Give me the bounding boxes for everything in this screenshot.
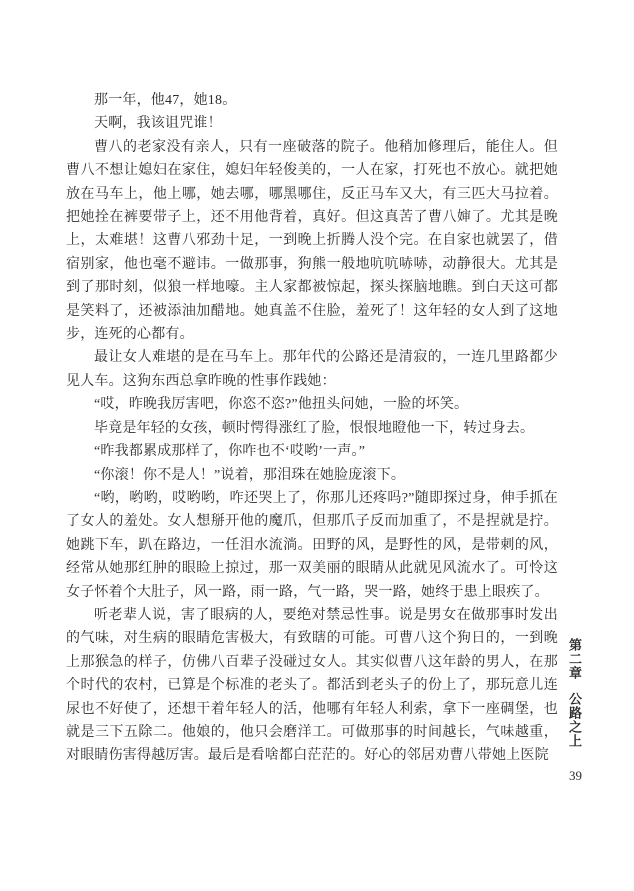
paragraph: “昨我都累成那样了，你咋也不‘哎哟’一声。” [66,440,558,463]
paragraph: 天啊，我该诅咒谁！ [66,112,558,135]
book-page: 那一年，他47，她18。 天啊，我该诅咒谁！ 曹八的老家没有亲人，只有一座破落的… [0,0,634,891]
paragraph: “哎，昨晚我厉害吧，你恣不恣?”他扭头问她，一脸的坏笑。 [66,393,558,416]
paragraph: “你滚！你不是人！”说着，那泪珠在她脸庞滚下。 [66,464,558,487]
paragraph: 曹八的老家没有亲人，只有一座破落的院子。他稍加修理后，能住人。但曹八不想让媳妇在… [66,136,558,347]
page-number: 39 [569,768,582,784]
paragraph: “哟，哟哟，哎哟哟，咋还哭上了，你那儿还疼吗?”随即探过身，伸手抓在了女人的羞处… [66,487,558,604]
chapter-number: 第二章 [567,638,582,680]
paragraph: 那一年，他47，她18。 [66,89,558,112]
paragraph: 听老辈人说，害了眼病的人，要绝对禁忌性事。说是男女在做那事时发出的气味，对生病的… [66,604,558,768]
chapter-marker: 第二章公路之上 [568,638,581,858]
paragraph: 最让女人难堪的是在马车上。那年代的公路还是清寂的，一连几里路都少见人车。这狗东西… [66,346,558,393]
paragraph: 毕竟是年轻的女孩，顿时愕得涨红了脸，恨恨地瞪他一下，转过身去。 [66,417,558,440]
chapter-title: 公路之上 [567,692,582,748]
body-text: 那一年，他47，她18。 天啊，我该诅咒谁！ 曹八的老家没有亲人，只有一座破落的… [66,89,558,768]
